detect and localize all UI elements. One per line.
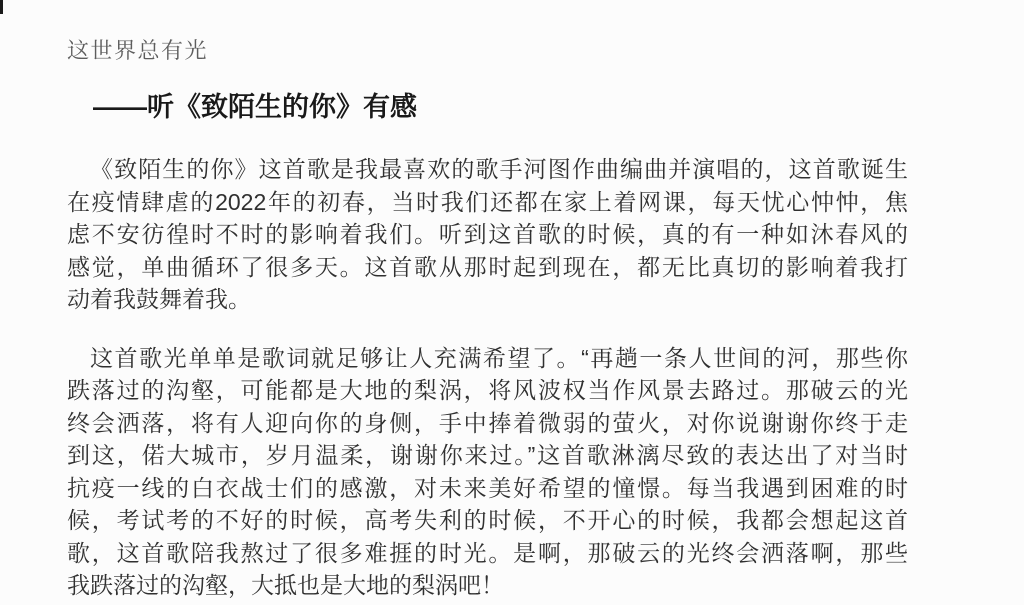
essay-body: 《致陌生的你》这首歌是我最喜欢的歌手河图作曲编曲并演唱的，这首歌诞生在疫情肆虐的… xyxy=(67,153,908,602)
text-line: 我跌落过的沟壑，大抵也是大地的梨涡吧！ xyxy=(67,569,908,602)
text-line: 终会洒落，将有人迎向你的身侧，手中捧着微弱的萤火，对你说谢谢你终于走 xyxy=(67,407,908,440)
text-line: 歌，这首歌陪我熬过了很多难捱的时光。是啊，那破云的光终会洒落啊，那些 xyxy=(67,537,908,570)
text-line: 这首歌光单单是歌词就足够让人充满希望了。“再趟一条人世间的河，那些你 xyxy=(67,342,908,375)
paragraph: 这首歌光单单是歌词就足够让人充满希望了。“再趟一条人世间的河，那些你跌落过的沟壑… xyxy=(67,342,908,602)
text-line: 感觉，单曲循环了很多天。这首歌从那时起到现在，都无比真切的影响着我打 xyxy=(67,251,908,284)
text-line: 抗疫一线的白衣战士们的感激，对未来美好希望的憧憬。每当我遇到困难的时 xyxy=(67,472,908,505)
text-line: 候，考试考的不好的时候，高考失利的时候，不开心的时候，我都会想起这首 xyxy=(67,504,908,537)
text-line: 《致陌生的你》这首歌是我最喜欢的歌手河图作曲编曲并演唱的，这首歌诞生 xyxy=(67,153,908,186)
screen-corner-artifact xyxy=(0,0,3,14)
text-line: 动着我鼓舞着我。 xyxy=(67,283,908,316)
text-line: 虑不安彷徨时不时的影响着我们。听到这首歌的时候，真的有一种如沐春风的 xyxy=(67,218,908,251)
essay-title: 这世界总有光 xyxy=(67,38,208,64)
paragraph: 《致陌生的你》这首歌是我最喜欢的歌手河图作曲编曲并演唱的，这首歌诞生在疫情肆虐的… xyxy=(67,153,908,316)
essay-subtitle: ——听《致陌生的你》有感 xyxy=(93,90,417,124)
text-line: 跌落过的沟壑，可能都是大地的梨涡，将风波权当作风景去路过。那破云的光 xyxy=(67,374,908,407)
text-line: 在疫情肆虐的2022年的初春，当时我们还都在家上着网课，每天忧心忡忡，焦 xyxy=(67,186,908,219)
text-line: 到这，偌大城市，岁月温柔，谢谢你来过。”这首歌淋漓尽致的表达出了对当时 xyxy=(67,439,908,472)
